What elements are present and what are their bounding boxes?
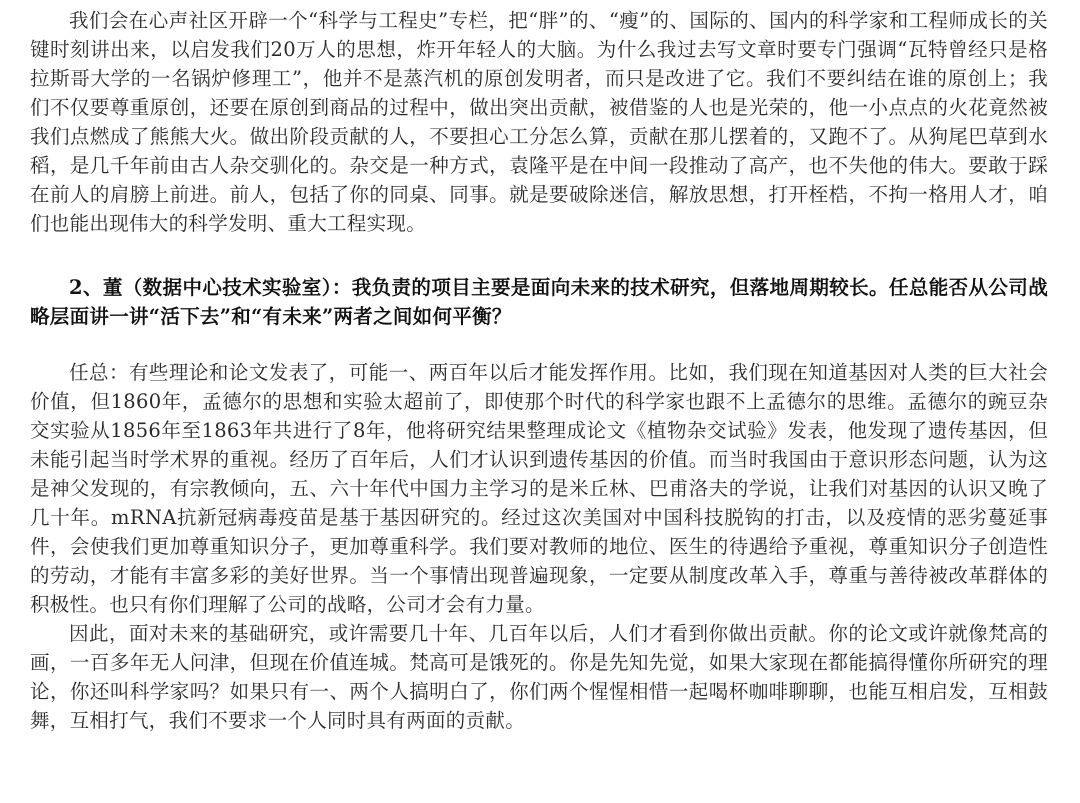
document-page: 我们会在心声社区开辟一个“科学与工程史”专栏，把“胖”的、“瘦”的、国际的、国内… — [0, 0, 1080, 803]
paragraph-answer: 任总：有些理论和论文发表了，可能一、两百年以后才能发挥作用。比如，我们现在知道基… — [30, 358, 1048, 619]
paragraph-answer-continued: 因此，面对未来的基础研究，或许需要几十年、几百年以后，人们才看到你做出贡献。你的… — [30, 619, 1048, 735]
paragraph-speech-continuation: 我们会在心声社区开辟一个“科学与工程史”专栏，把“胖”的、“瘦”的、国际的、国内… — [30, 6, 1048, 238]
paragraph-question-2: 2、董（数据中心技术实验室）：我负责的项目主要是面向未来的技术研究，但落地周期较… — [30, 273, 1048, 331]
